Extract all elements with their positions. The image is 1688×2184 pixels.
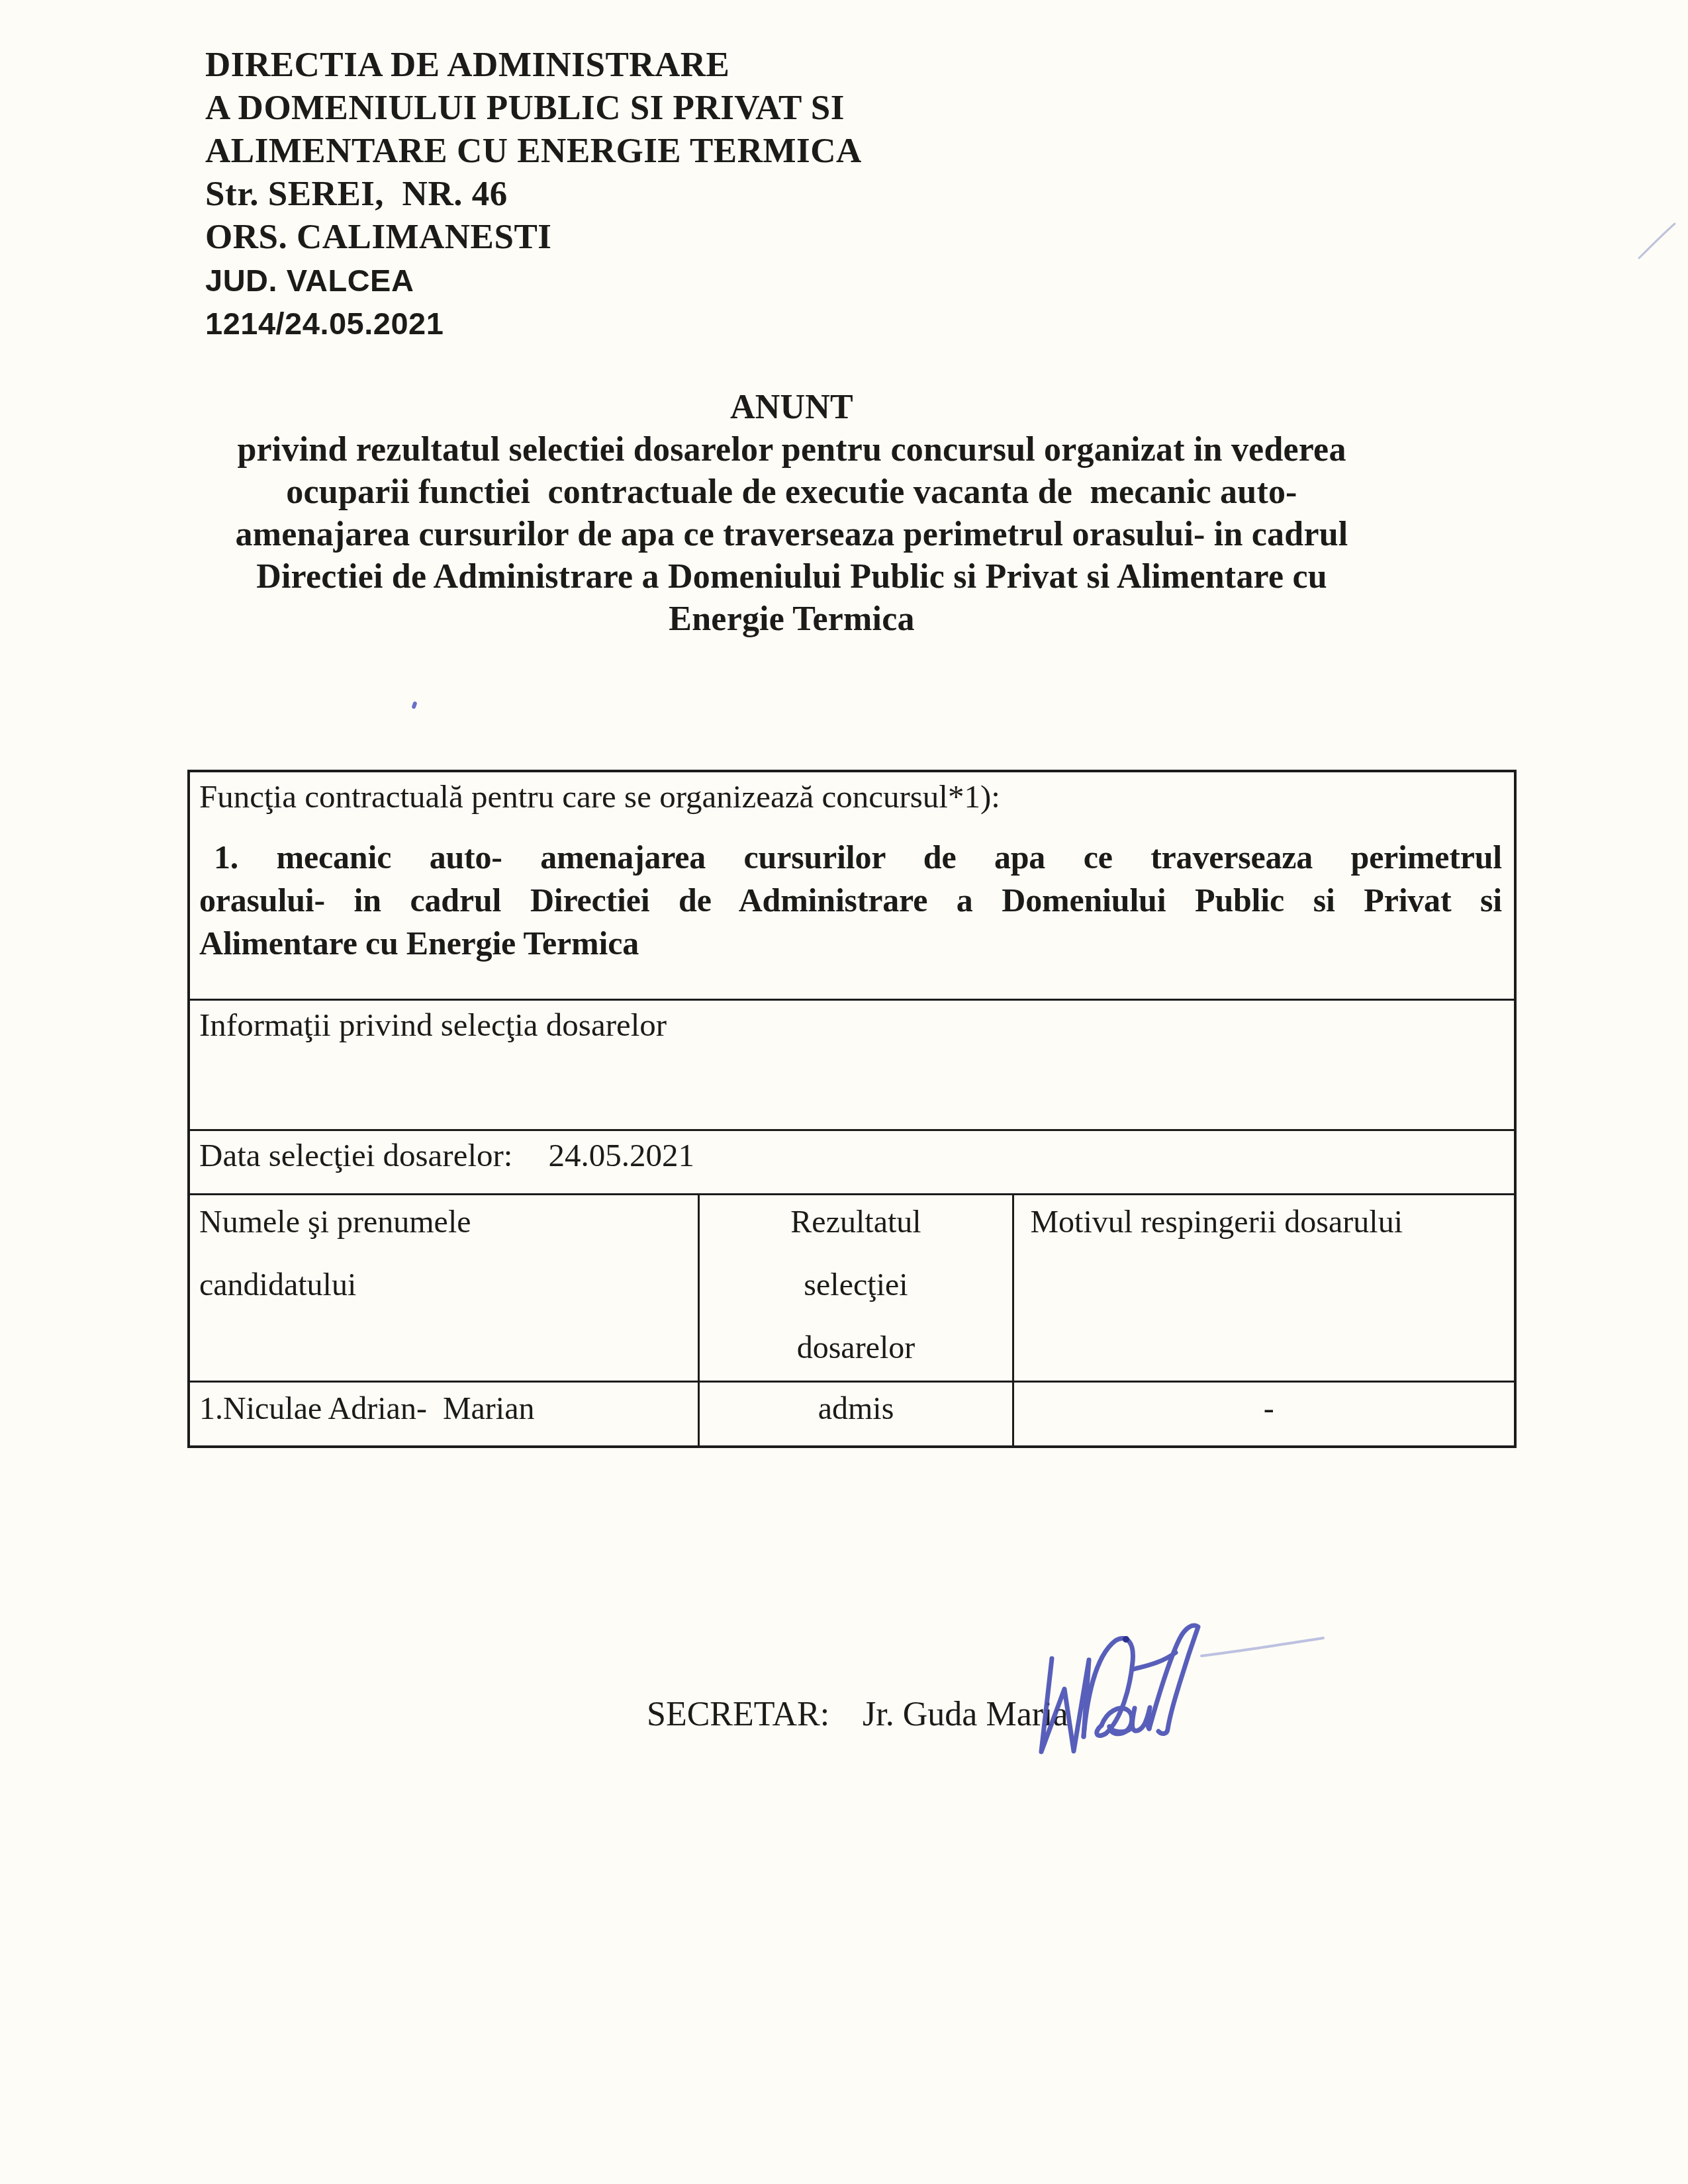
table-row-info: Informaţii privind selecţia dosarelor (190, 1001, 1514, 1131)
cell-candidate-name: 1.Niculae Adrian- Marian (190, 1383, 700, 1445)
header-line: candidatului (199, 1265, 691, 1328)
header-line: selecţiei (704, 1265, 1009, 1328)
announcement-title-block: ANUNT privind rezultatul selectiei dosar… (199, 387, 1385, 641)
announcement-body-line: amenajarea cursurilor de apa ce traverse… (199, 514, 1385, 556)
letterhead-street: Str. SEREI, NR. 46 (205, 173, 862, 216)
table-row-date: Data selecţiei dosarelor:24.05.2021 (190, 1131, 1514, 1195)
position-line: Alimentare cu Energie Termica (199, 922, 1502, 965)
table-row-candidate: 1.Niculae Adrian- Marian admis - (190, 1383, 1514, 1445)
rejection-reason: - (1030, 1389, 1507, 1429)
function-row-label: Funcţia contractuală pentru care se orga… (199, 778, 1503, 816)
scanned-document-page: DIRECTIA DE ADMINISTRARE A DOMENIULUI PU… (0, 0, 1688, 2184)
letterhead-registration-number: 1214/24.05.2021 (205, 302, 862, 345)
header-cell-candidate-name: Numele şi prenumele candidatului (190, 1195, 700, 1381)
scan-scratch-mark (1635, 220, 1679, 263)
cell-rejection-reason: - (1014, 1383, 1514, 1445)
letterhead-org-line-3: ALIMENTARE CU ENERGIE TERMICA (205, 130, 862, 173)
page-title: ANUNT (199, 387, 1385, 429)
secretary-label: SECRETAR: (647, 1696, 829, 1733)
position-line: 1. mecanic auto- amenajarea cursurilor d… (199, 836, 1502, 879)
signature-line: SECRETAR:Jr. Guda Maria (612, 1656, 1068, 1773)
signature-ink-dot (1123, 1636, 1129, 1643)
info-row-label: Informaţii privind selecţia dosarelor (199, 1006, 1503, 1044)
selection-result: admis (704, 1389, 1009, 1429)
ink-speck (411, 701, 417, 709)
function-position-description: 1. mecanic auto- amenajarea cursurilor d… (199, 836, 1503, 965)
announcement-body-line: privind rezultatul selectiei dosarelor p… (199, 429, 1385, 471)
table-row-function: Funcţia contractuală pentru care se orga… (190, 772, 1514, 1001)
letterhead-org-line-2: A DOMENIULUI PUBLIC SI PRIVAT SI (205, 87, 862, 130)
announcement-body-line: ocuparii functiei contractuale de execut… (199, 471, 1385, 514)
selection-date: 24.05.2021 (548, 1137, 694, 1173)
table-header-row: Numele şi prenumele candidatului Rezulta… (190, 1195, 1514, 1383)
header-line: Numele şi prenumele (199, 1202, 691, 1265)
letterhead-county: JUD. VALCEA (205, 259, 862, 302)
header-line: Motivul respingerii dosarului (1030, 1202, 1507, 1265)
announcement-body-line: Energie Termica (199, 598, 1385, 641)
header-line: dosarelor (704, 1328, 1009, 1390)
header-cell-rejection-reason: Motivul respingerii dosarului (1014, 1195, 1514, 1381)
letterhead: DIRECTIA DE ADMINISTRARE A DOMENIULUI PU… (205, 44, 862, 345)
handwritten-signature (1029, 1569, 1334, 1800)
letterhead-org-line-1: DIRECTIA DE ADMINISTRARE (205, 44, 862, 87)
selection-results-table: Funcţia contractuală pentru care se orga… (187, 770, 1517, 1448)
cell-selection-result: admis (700, 1383, 1015, 1445)
date-row-label: Data selecţiei dosarelor: (199, 1137, 512, 1173)
candidate-name: 1.Niculae Adrian- Marian (199, 1389, 691, 1429)
letterhead-city: ORS. CALIMANESTI (205, 216, 862, 259)
header-cell-selection-result: Rezultatul selecţiei dosarelor (700, 1195, 1015, 1381)
header-line: Rezultatul (704, 1202, 1009, 1265)
announcement-body-line: Directiei de Administrare a Domeniului P… (199, 556, 1385, 598)
position-line: orasului- in cadrul Directiei de Adminis… (199, 879, 1502, 922)
